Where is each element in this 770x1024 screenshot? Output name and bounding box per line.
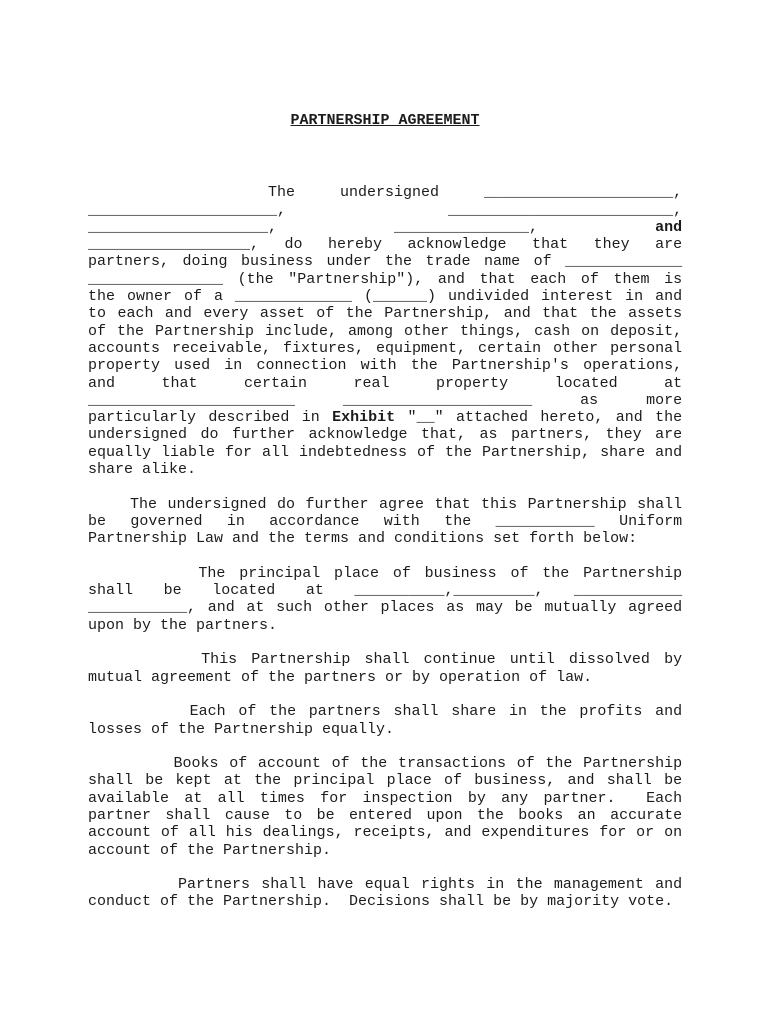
text-run: available at all times for inspection by… bbox=[88, 790, 682, 807]
text-line: available at all times for inspection by… bbox=[88, 790, 682, 807]
text-run: The undersigned do further agree that th… bbox=[88, 496, 682, 513]
text-line: the owner of a _____________ (______) un… bbox=[88, 288, 682, 305]
text-run: the owner of a _____________ (______) un… bbox=[88, 288, 682, 305]
paragraph: Books of account of the transactions of … bbox=[88, 755, 682, 859]
text-run: equally liable for all indebtedness of t… bbox=[88, 444, 682, 461]
text-line: The principal place of business of the P… bbox=[88, 565, 682, 582]
text-run: shall be kept at the principal place of … bbox=[88, 772, 682, 789]
text-line: upon by the partners. bbox=[88, 617, 682, 634]
partnership-agreement-document: PARTNERSHIP AGREEMENT The undersigned __… bbox=[88, 112, 682, 928]
text-run: of the Partnership include, among other … bbox=[88, 323, 682, 340]
text-run: _______________________ ________________… bbox=[88, 392, 682, 409]
text-run: losses of the Partnership equally. bbox=[88, 721, 394, 738]
text-line: The undersigned do further agree that th… bbox=[88, 496, 682, 513]
text-line: partners, doing business under the trade… bbox=[88, 253, 682, 270]
text-run: accounts receivable, fixtures, equipment… bbox=[88, 340, 682, 357]
text-line: equally liable for all indebtedness of t… bbox=[88, 444, 682, 461]
bold-text: Exhibit bbox=[332, 409, 395, 426]
text-line: Partnership Law and the terms and condit… bbox=[88, 530, 682, 547]
text-run: __________________, do hereby acknowledg… bbox=[88, 236, 682, 253]
paragraph: The undersigned _____________________,__… bbox=[88, 184, 682, 478]
text-line: shall be located at __________,_________… bbox=[88, 582, 682, 599]
paragraph: The principal place of business of the P… bbox=[88, 565, 682, 634]
text-line: property used in connection with the Par… bbox=[88, 357, 682, 374]
text-run: and that certain real property located a… bbox=[88, 375, 682, 392]
text-run: be governed in accordance with the _____… bbox=[88, 513, 682, 530]
text-run: Books of account of the transactions of … bbox=[88, 755, 682, 772]
text-line: ___________, and at such other places as… bbox=[88, 599, 682, 616]
document-page: PARTNERSHIP AGREEMENT The undersigned __… bbox=[0, 0, 770, 1024]
text-run: undersigned do further acknowledge that,… bbox=[88, 426, 682, 443]
text-run: mutual agreement of the partners or by o… bbox=[88, 669, 592, 686]
text-line: _______________ (the "Partnership"), and… bbox=[88, 271, 682, 288]
text-line: losses of the Partnership equally. bbox=[88, 721, 682, 738]
text-line: _______________________ ________________… bbox=[88, 392, 682, 409]
text-line: account of the Partnership. bbox=[88, 842, 682, 859]
text-run: partners, doing business under the trade… bbox=[88, 253, 682, 270]
text-line: shall be kept at the principal place of … bbox=[88, 772, 682, 789]
text-run: to each and every asset of the Partnersh… bbox=[88, 305, 682, 322]
text-run: conduct of the Partnership. Decisions sh… bbox=[88, 893, 673, 910]
text-run: Each of the partners shall share in the … bbox=[88, 703, 682, 720]
text-run: partner shall cause to be entered upon t… bbox=[88, 807, 682, 824]
text-line: The undersigned _____________________, bbox=[88, 184, 682, 201]
text-line: conduct of the Partnership. Decisions sh… bbox=[88, 893, 682, 910]
text-line: __________________, do hereby acknowledg… bbox=[88, 236, 682, 253]
text-line: _____________________, _________________… bbox=[88, 202, 682, 219]
text-run: _______________ (the "Partnership"), and… bbox=[88, 271, 682, 288]
paragraph: The undersigned do further agree that th… bbox=[88, 496, 682, 548]
text-run: The undersigned _____________________, bbox=[88, 184, 682, 201]
text-run: Partners shall have equal rights in the … bbox=[88, 876, 682, 893]
document-title: PARTNERSHIP AGREEMENT bbox=[88, 112, 682, 129]
text-run: particularly described in bbox=[88, 409, 332, 426]
text-run: account of the Partnership. bbox=[88, 842, 331, 859]
text-run: property used in connection with the Par… bbox=[88, 357, 682, 374]
document-body: The undersigned _____________________,__… bbox=[88, 184, 682, 910]
text-line: account of all his dealings, receipts, a… bbox=[88, 824, 682, 841]
text-line: be governed in accordance with the _____… bbox=[88, 513, 682, 530]
text-line: accounts receivable, fixtures, equipment… bbox=[88, 340, 682, 357]
text-line: undersigned do further acknowledge that,… bbox=[88, 426, 682, 443]
text-line: Books of account of the transactions of … bbox=[88, 755, 682, 772]
text-line: This Partnership shall continue until di… bbox=[88, 651, 682, 668]
text-run: The principal place of business of the P… bbox=[88, 565, 682, 582]
text-run: _____________________, _________________… bbox=[88, 202, 682, 219]
text-line: and that certain real property located a… bbox=[88, 375, 682, 392]
paragraph: This Partnership shall continue until di… bbox=[88, 651, 682, 686]
text-line: ____________________, _______________, a… bbox=[88, 219, 682, 236]
text-run: Partnership Law and the terms and condit… bbox=[88, 530, 637, 547]
text-line: of the Partnership include, among other … bbox=[88, 323, 682, 340]
text-run: account of all his dealings, receipts, a… bbox=[88, 824, 682, 841]
paragraph: Each of the partners shall share in the … bbox=[88, 703, 682, 738]
text-run: ____________________, _______________, bbox=[88, 219, 655, 236]
bold-text: and bbox=[655, 219, 682, 236]
text-run: share alike. bbox=[88, 461, 196, 478]
text-line: Each of the partners shall share in the … bbox=[88, 703, 682, 720]
text-run: This Partnership shall continue until di… bbox=[88, 651, 682, 668]
text-run: upon by the partners. bbox=[88, 617, 277, 634]
text-run: shall be located at __________,_________… bbox=[88, 582, 682, 599]
text-line: particularly described in Exhibit "__" a… bbox=[88, 409, 682, 426]
text-run: ___________, and at such other places as… bbox=[88, 599, 682, 616]
paragraph: Partners shall have equal rights in the … bbox=[88, 876, 682, 911]
text-line: to each and every asset of the Partnersh… bbox=[88, 305, 682, 322]
text-line: Partners shall have equal rights in the … bbox=[88, 876, 682, 893]
text-line: partner shall cause to be entered upon t… bbox=[88, 807, 682, 824]
text-run: "__" attached hereto, and the bbox=[395, 409, 682, 426]
text-line: mutual agreement of the partners or by o… bbox=[88, 669, 682, 686]
text-line: share alike. bbox=[88, 461, 682, 478]
